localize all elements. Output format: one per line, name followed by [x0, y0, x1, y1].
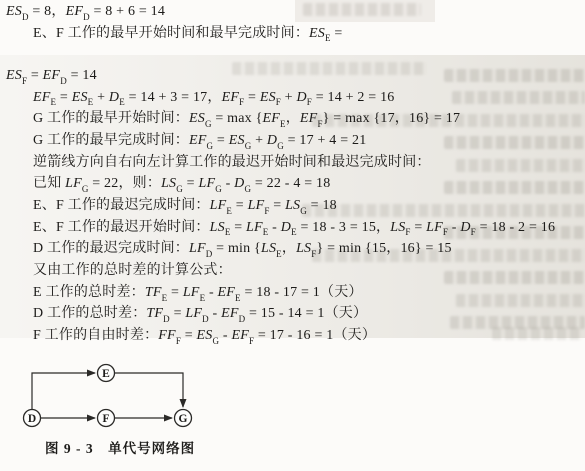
- text-line: E、F 工作的最早开始时间和最早完成时间：ESE =: [6, 23, 585, 45]
- text-line: D 工作的总时差：TFD = LFD - EFD = 15 - 14 = 1（天…: [6, 303, 585, 325]
- node-label-D: D: [28, 413, 36, 425]
- scanned-textbook-page: ESD = 8，EFD = 8 + 6 = 14E、F 工作的最早开始时间和最早…: [0, 0, 585, 471]
- text-line: G 工作的最早开始时间：ESG = max {EFE，EFF} = max {1…: [6, 108, 585, 130]
- text-line: D 工作的最迟完成时间：LFD = min {LSE，LSF} = min {1…: [6, 238, 585, 260]
- text-line: 又由工作的总时差的计算公式：: [6, 260, 585, 282]
- text-block: ESD = 8，EFD = 8 + 6 = 14E、F 工作的最早开始时间和最早…: [6, 1, 585, 347]
- node-label-E: E: [102, 368, 110, 380]
- text-line: 逆箭线方向自右向左计算工作的最迟开始时间和最迟完成时间：: [6, 152, 585, 174]
- node-label-F: F: [102, 413, 109, 425]
- text-line: 已知 LFG = 22，则：LSG = LFG - DG = 22 - 4 = …: [6, 173, 585, 195]
- edge-D-to-E-arrow: [32, 373, 95, 410]
- figure-caption: 图 9 - 3 单代号网络图: [45, 437, 195, 457]
- text-line: E、F 工作的最迟开始时间：LSE = LFE - DE = 18 - 3 = …: [6, 217, 585, 239]
- text-line: EFE = ESE + DE = 14 + 3 = 17，EFF = ESF +…: [6, 87, 585, 109]
- text-line: G 工作的最早完成时间：EFG = ESG + DG = 17 + 4 = 21: [6, 130, 585, 152]
- text-line: ESD = 8，EFD = 8 + 6 = 14: [6, 1, 585, 23]
- edge-E-to-G-arrow: [115, 373, 183, 407]
- text-line: ESF = EFD = 14: [6, 65, 585, 87]
- text-line: E、F 工作的最迟完成时间：LFE = LFF = LSG = 18: [6, 195, 585, 217]
- text-line: E 工作的总时差：TFE = LFE - EFE = 18 - 17 = 1（天…: [6, 282, 585, 304]
- text-line: F 工作的自由时差：FFF = ESG - EFF = 17 - 16 = 1（…: [6, 325, 585, 347]
- node-label-G: G: [179, 413, 188, 425]
